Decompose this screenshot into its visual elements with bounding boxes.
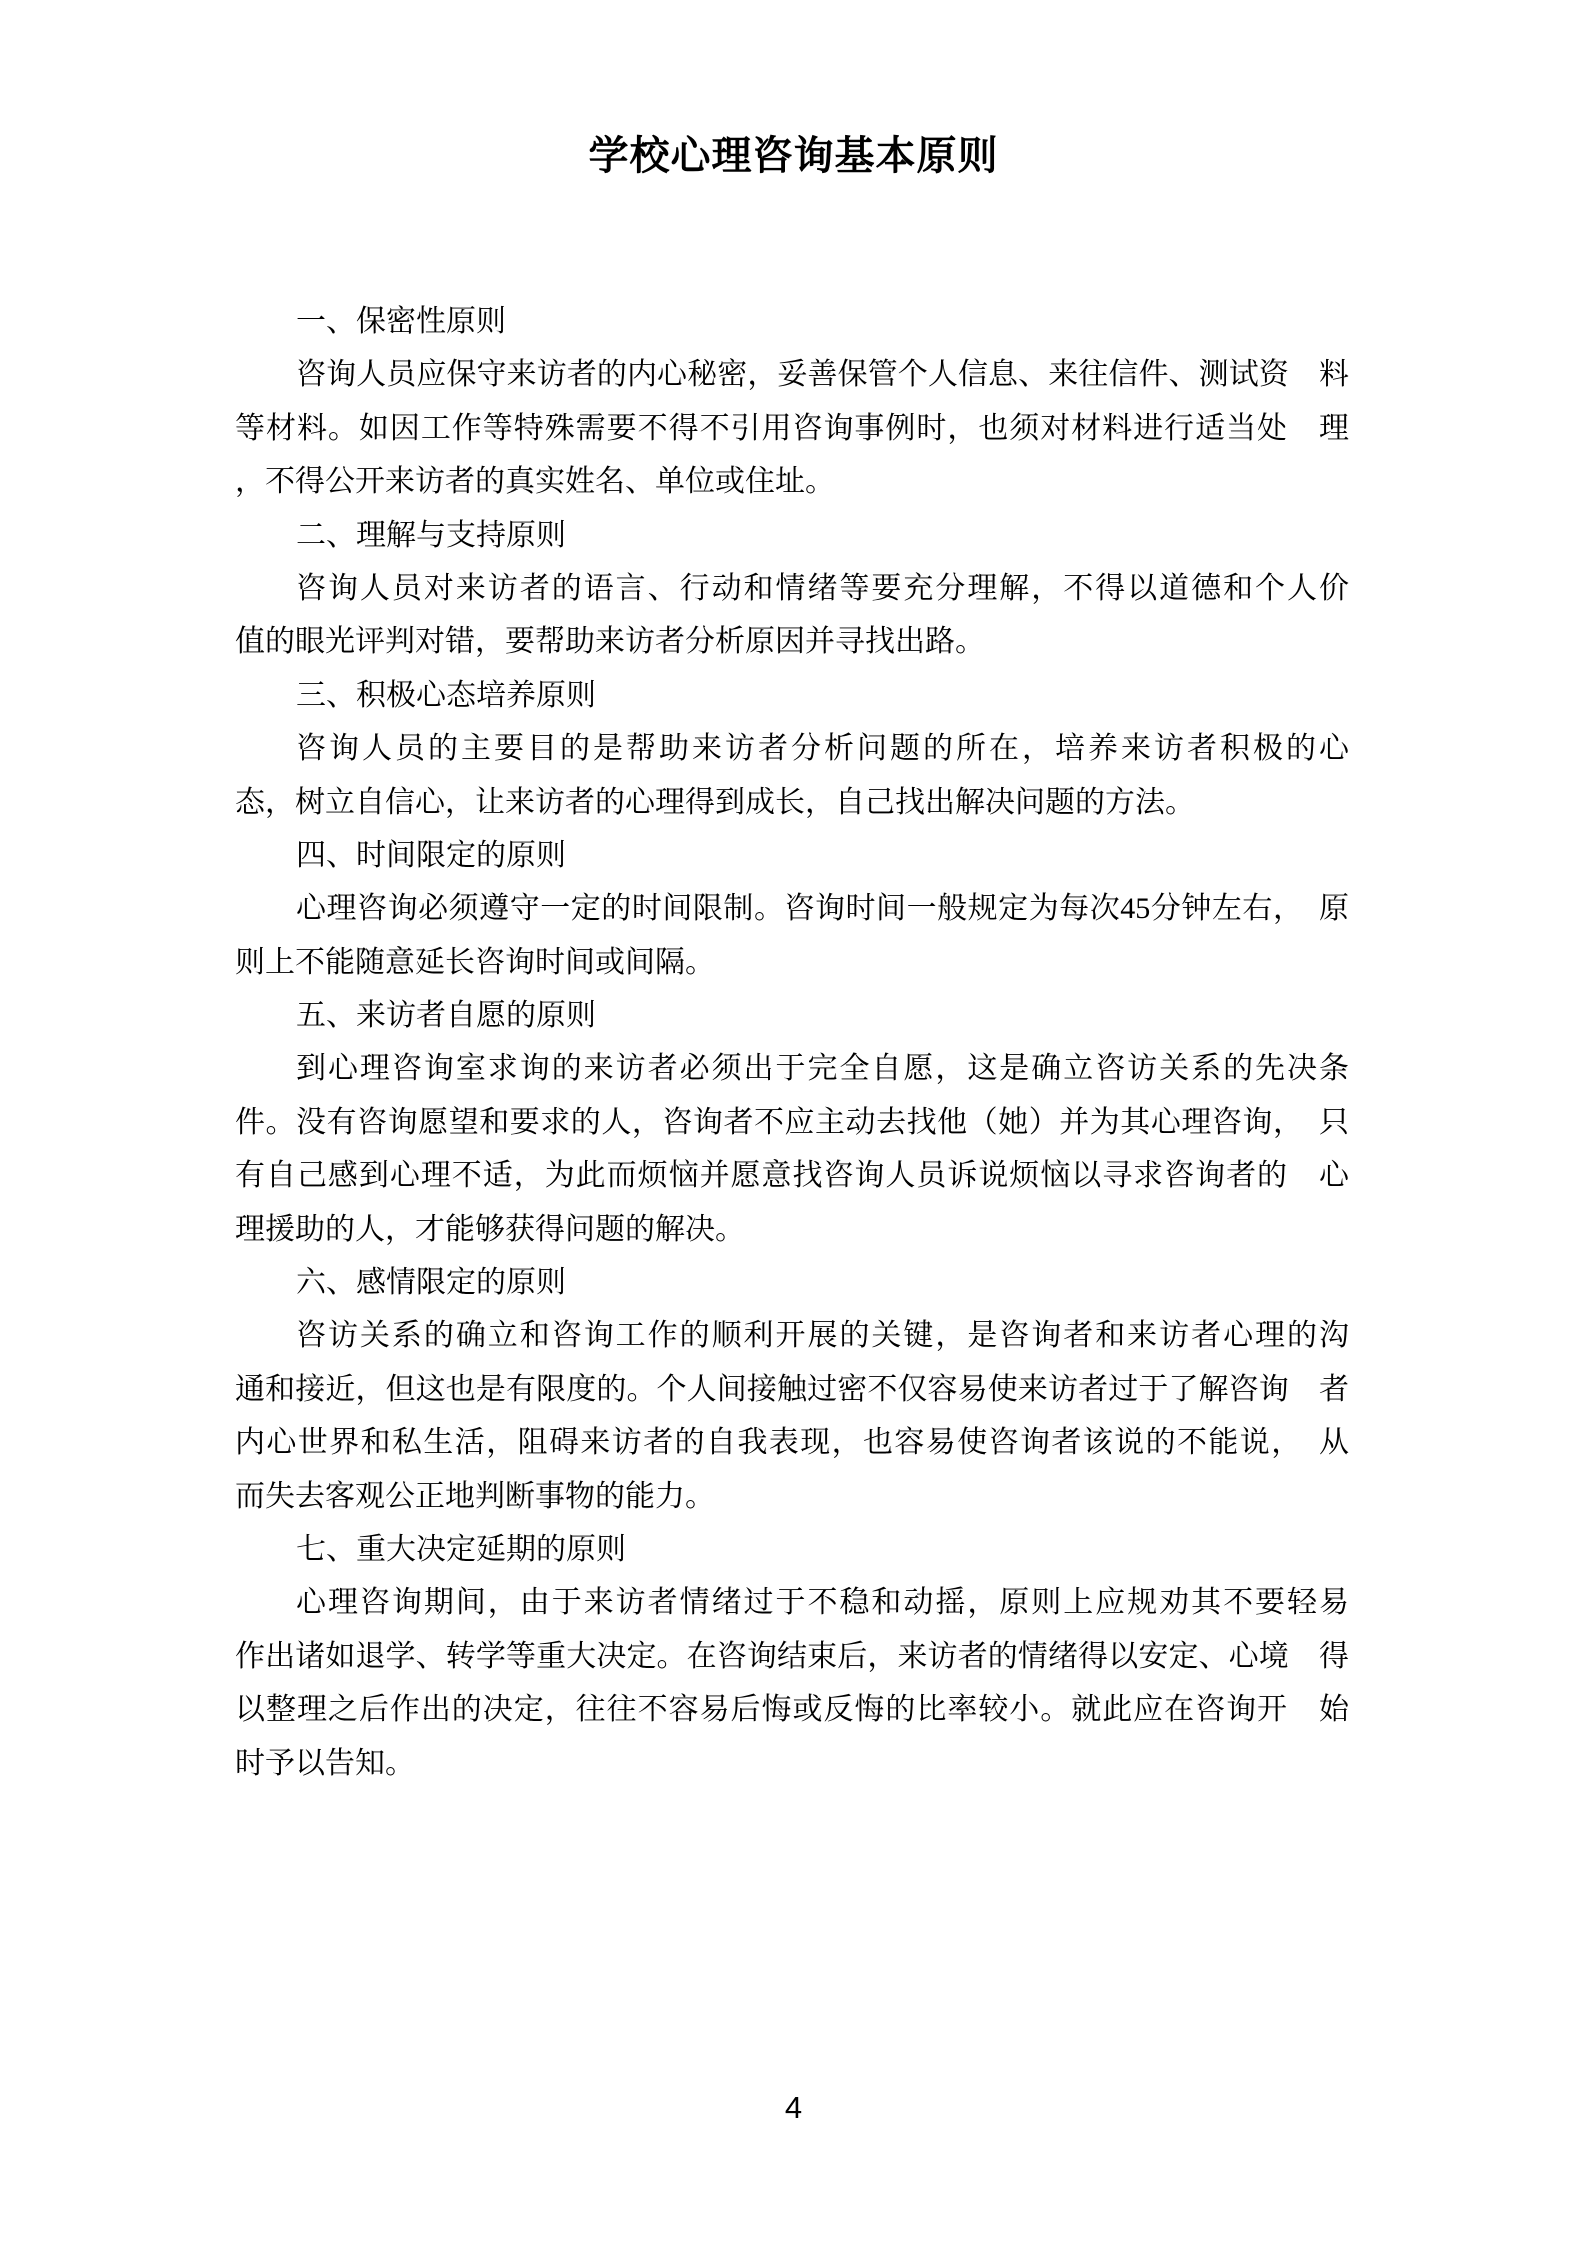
document-page: 学校心理咨询基本原则 一、保密性原则咨询人员应保守来访者的内心秘密，妥善保管个人… [0, 0, 1587, 2245]
paragraph-line: 心理咨询必须遵守一定的时间限制。咨询时间一般规定为每次45分钟左右， 原 [235, 882, 1349, 935]
paragraph-line: 理援助的人，才能够获得问题的解决。 [235, 1203, 1349, 1256]
paragraph-line: 心理咨询期间，由于来访者情绪过于不稳和动摇，原则上应规劝其不要轻易 [235, 1576, 1349, 1629]
paragraph-line: 到心理咨询室求询的来访者必须出于完全自愿，这是确立咨访关系的先决条 [235, 1042, 1349, 1095]
section-heading: 六、感情限定的原则 [235, 1256, 1349, 1309]
section-heading: 三、积极心态培养原则 [235, 669, 1349, 722]
page-number: 4 [0, 2090, 1587, 2126]
section-heading: 一、保密性原则 [235, 295, 1349, 348]
paragraph-line: 作出诸如退学、转学等重大决定。在咨询结束后，来访者的情绪得以安定、心境 得 [235, 1630, 1349, 1683]
paragraph-line: 有自己感到心理不适，为此而烦恼并愿意找咨询人员诉说烦恼以寻求咨询者的 心 [235, 1149, 1349, 1202]
paragraph-line: 咨询人员应保守来访者的内心秘密，妥善保管个人信息、来往信件、测试资 料 [235, 348, 1349, 401]
document-title: 学校心理咨询基本原则 [0, 133, 1587, 179]
paragraph-line: 咨询人员对来访者的语言、行动和情绪等要充分理解，不得以道德和个人价 [235, 562, 1349, 615]
document-body: 一、保密性原则咨询人员应保守来访者的内心秘密，妥善保管个人信息、来往信件、测试资… [235, 295, 1349, 1790]
paragraph-line: 值的眼光评判对错，要帮助来访者分析原因并寻找出路。 [235, 615, 1349, 668]
paragraph-line: 咨询人员的主要目的是帮助来访者分析问题的所在，培养来访者积极的心 [235, 722, 1349, 775]
paragraph-line: 件。没有咨询愿望和要求的人，咨询者不应主动去找他（她）并为其心理咨询， 只 [235, 1096, 1349, 1149]
paragraph-line: 则上不能随意延长咨询时间或间隔。 [235, 936, 1349, 989]
section-heading: 四、时间限定的原则 [235, 829, 1349, 882]
paragraph-line: 通和接近，但这也是有限度的。个人间接触过密不仅容易使来访者过于了解咨询 者 [235, 1363, 1349, 1416]
paragraph-line: 时予以告知。 [235, 1737, 1349, 1790]
paragraph-line: 而失去客观公正地判断事物的能力。 [235, 1470, 1349, 1523]
paragraph-line: 以整理之后作出的决定，往往不容易后悔或反悔的比率较小。就此应在咨询开 始 [235, 1683, 1349, 1736]
section-heading: 五、来访者自愿的原则 [235, 989, 1349, 1042]
paragraph-line: 态，树立自信心，让来访者的心理得到成长，自己找出解决问题的方法。 [235, 776, 1349, 829]
section-heading: 七、重大决定延期的原则 [235, 1523, 1349, 1576]
paragraph-line: 等材料。如因工作等特殊需要不得不引用咨询事例时，也须对材料进行适当处 理 [235, 402, 1349, 455]
paragraph-line: 咨访关系的确立和咨询工作的顺利开展的关键，是咨询者和来访者心理的沟 [235, 1309, 1349, 1362]
section-heading: 二、理解与支持原则 [235, 509, 1349, 562]
paragraph-line: ，不得公开来访者的真实姓名、单位或住址。 [235, 455, 1349, 508]
paragraph-line: 内心世界和私生活，阻碍来访者的自我表现，也容易使咨询者该说的不能说， 从 [235, 1416, 1349, 1469]
